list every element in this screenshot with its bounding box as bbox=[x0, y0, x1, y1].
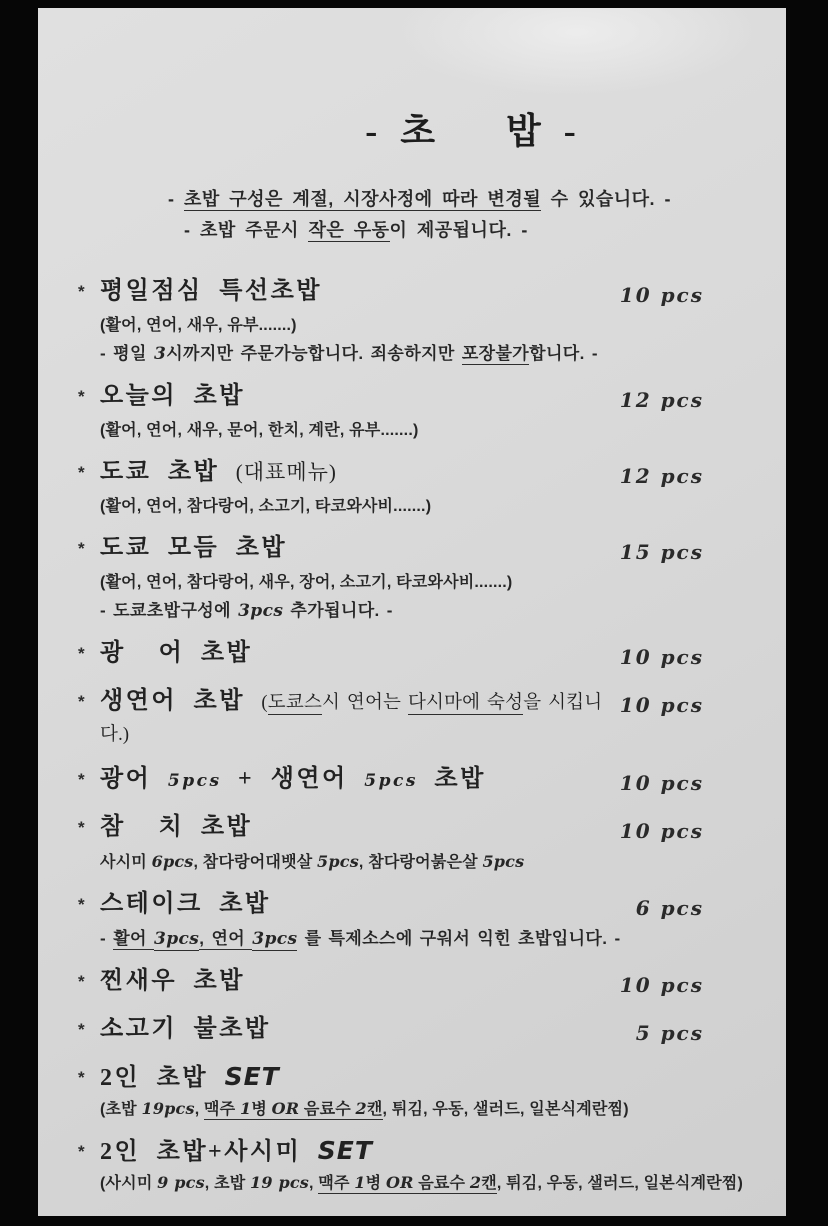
item-name-segment: 도쿄 모듬 초밥 bbox=[100, 535, 287, 561]
item-note: - 도쿄초밥구성에 3pcs 추가됩니다. - bbox=[100, 598, 772, 624]
menu-note: - 초밥 주문시 작은 우동이 제공됩니다. - bbox=[184, 215, 786, 246]
item-bullet: * bbox=[78, 1136, 100, 1167]
item-pcs: 15 pcs bbox=[620, 533, 704, 567]
menu-item-head: *2인 초밥+사시미 SET bbox=[78, 1136, 772, 1167]
detail-text-segment: 시까지만 주문가능합니다. 죄송하지만 bbox=[166, 344, 462, 363]
item-name-segment: 스테이크 초밥 bbox=[100, 891, 271, 917]
item-name-segment: 평일점심 특선초밥 bbox=[100, 278, 322, 304]
item-bullet: * bbox=[78, 812, 100, 843]
item-name: 2인 초밥+사시미 SET bbox=[100, 1136, 373, 1167]
detail-text-segment: , bbox=[309, 1175, 318, 1192]
detail-text-segment: OR bbox=[386, 1173, 414, 1194]
menu-item: *광어 5pcs + 생연어 5pcs 초밥10 pcs bbox=[78, 764, 772, 798]
detail-text-segment: 6pcs bbox=[152, 852, 194, 871]
menu-item: *참 치 초밥10 pcs사시미 6pcs, 참다랑어대뱃살 5pcs, 참다랑… bbox=[78, 812, 772, 875]
detail-text-segment: 1 bbox=[354, 1173, 365, 1194]
menu-item-head: *오늘의 초밥12 pcs bbox=[78, 381, 772, 415]
detail-text-segment: 병 bbox=[366, 1175, 386, 1194]
detail-text-segment: (사시미 bbox=[100, 1175, 157, 1192]
menu-item-head: *소고기 불초밥5 pcs bbox=[78, 1014, 772, 1048]
item-name: 생연어 초밥 (도쿄스시 연어는 다시마에 숙성을 시킵니다.) bbox=[100, 686, 620, 750]
item-pcs: 10 pcs bbox=[620, 686, 704, 720]
menu-item-head: *도쿄 초밥 (대표메뉴)12 pcs bbox=[78, 457, 772, 491]
item-note: - 평일 3시까지만 주문가능합니다. 죄송하지만 포장불가합니다. - bbox=[100, 341, 772, 367]
menu-photo: - 초 밥 - - 초밥 구성은 계절, 시장사정에 따라 변경될 수 있습니다… bbox=[0, 0, 828, 1226]
detail-text-segment: 5pcs bbox=[317, 852, 359, 871]
menu-note: - 초밥 구성은 계절, 시장사정에 따라 변경될 수 있습니다. - bbox=[168, 184, 786, 215]
item-ingredients: (사시미 9 pcs, 초밥 19 pcs, 맥주 1병 OR 음료수 2캔, … bbox=[100, 1170, 772, 1196]
item-name-segment: 5pcs bbox=[168, 771, 222, 791]
menu-paper: - 초 밥 - - 초밥 구성은 계절, 시장사정에 따라 변경될 수 있습니다… bbox=[38, 8, 786, 1216]
detail-text-segment: - 평일 bbox=[100, 344, 154, 363]
detail-text-segment: 포장불가 bbox=[462, 344, 529, 365]
item-pcs: 12 pcs bbox=[620, 381, 704, 415]
note-text-segment: 초밥 구성은 계절, 시장사정에 따라 변경될 bbox=[184, 189, 541, 211]
detail-text-segment: 맥주 bbox=[318, 1175, 354, 1194]
item-details: (사시미 9 pcs, 초밥 19 pcs, 맥주 1병 OR 음료수 2캔, … bbox=[78, 1170, 772, 1196]
item-name-segment: 오늘의 초밥 bbox=[100, 383, 245, 409]
menu-item: *오늘의 초밥12 pcs(활어, 연어, 새우, 문어, 한치, 계란, 유부… bbox=[78, 381, 772, 443]
item-name: 찐새우 초밥 bbox=[100, 966, 245, 996]
item-pcs: 6 pcs bbox=[636, 889, 704, 923]
item-bullet: * bbox=[78, 889, 100, 920]
menu-item-head: *스테이크 초밥6 pcs bbox=[78, 889, 772, 923]
item-details: (활어, 연어, 참다랑어, 소고기, 타코와사비.......) bbox=[78, 494, 772, 519]
detail-text-segment: 사시미 bbox=[100, 854, 152, 871]
item-pcs: 5 pcs bbox=[636, 1014, 704, 1048]
detail-text-segment: 19pcs bbox=[142, 1099, 195, 1118]
detail-text-segment: (활어, 연어, 참다랑어, 새우, 장어, 소고기, 타코와사비.......… bbox=[100, 574, 512, 591]
menu-notes: - 초밥 구성은 계절, 시장사정에 따라 변경될 수 있습니다. -- 초밥 … bbox=[168, 184, 786, 246]
detail-text-segment: 9 pcs bbox=[157, 1173, 205, 1192]
detail-text-segment: , 튀김, 우동, 샐러드, 일본식계란찜) bbox=[383, 1101, 629, 1118]
detail-text-segment: 1 bbox=[240, 1099, 251, 1120]
item-name: 2인 초밥 SET bbox=[100, 1062, 280, 1093]
menu-item: *도쿄 초밥 (대표메뉴)12 pcs(활어, 연어, 참다랑어, 소고기, 타… bbox=[78, 457, 772, 519]
menu-item-head: *광 어 초밥10 pcs bbox=[78, 638, 772, 672]
item-details: (활어, 연어, 새우, 문어, 한치, 계란, 유부.......) bbox=[78, 418, 772, 443]
item-details: (활어, 연어, 참다랑어, 새우, 장어, 소고기, 타코와사비.......… bbox=[78, 570, 772, 624]
detail-text-segment: 음료수 bbox=[299, 1101, 355, 1120]
detail-text-segment: 병 bbox=[251, 1101, 271, 1120]
detail-text-segment: , 튀김, 우동, 샐러드, 일본식계란찜) bbox=[497, 1175, 743, 1192]
item-bullet: * bbox=[78, 457, 100, 488]
item-name: 참 치 초밥 bbox=[100, 812, 252, 842]
detail-text-segment: 합니다. - bbox=[529, 344, 598, 363]
item-ingredients: 사시미 6pcs, 참다랑어대뱃살 5pcs, 참다랑어붉은살 5pcs bbox=[100, 849, 772, 875]
item-name-segment: 다시마에 숙성 bbox=[408, 693, 523, 715]
detail-text-segment: 2 bbox=[470, 1173, 481, 1194]
detail-text-segment: - bbox=[100, 929, 113, 948]
item-pcs: 10 pcs bbox=[620, 966, 704, 1000]
item-name-segment: 2인 초밥 bbox=[100, 1065, 225, 1091]
detail-text-segment: , 초밥 bbox=[205, 1175, 250, 1192]
detail-text-segment: 3pcs bbox=[154, 929, 199, 951]
item-name-segment: 광 어 초밥 bbox=[100, 640, 252, 666]
item-name: 오늘의 초밥 bbox=[100, 381, 245, 411]
detail-text-segment: 3pcs bbox=[252, 929, 297, 951]
detail-text-segment: (활어, 연어, 참다랑어, 소고기, 타코와사비.......) bbox=[100, 498, 431, 515]
note-text-segment: - 초밥 주문시 bbox=[184, 220, 308, 240]
detail-text-segment: , 참다랑어대뱃살 bbox=[194, 854, 318, 871]
item-note: - 활어 3pcs, 연어 3pcs 를 특제소스에 구워서 익힌 초밥입니다.… bbox=[100, 926, 772, 952]
menu-item: *생연어 초밥 (도쿄스시 연어는 다시마에 숙성을 시킵니다.)10 pcs bbox=[78, 686, 772, 750]
item-name: 도쿄 모듬 초밥 bbox=[100, 533, 287, 563]
item-name: 스테이크 초밥 bbox=[100, 889, 271, 919]
item-name-segment: (대표메뉴) bbox=[236, 460, 337, 484]
item-ingredients: (활어, 연어, 참다랑어, 소고기, 타코와사비.......) bbox=[100, 494, 772, 519]
detail-text-segment: 를 특제소스에 구워서 익힌 초밥입니다. - bbox=[297, 929, 620, 948]
item-name-segment: 5pcs bbox=[364, 771, 418, 791]
menu-item-head: *2인 초밥 SET bbox=[78, 1062, 772, 1093]
item-details: (활어, 연어, 새우, 유부.......)- 평일 3시까지만 주문가능합니… bbox=[78, 313, 772, 367]
menu-title: - 초 밥 - bbox=[100, 103, 828, 154]
item-pcs: 10 pcs bbox=[620, 276, 704, 310]
detail-text-segment: (활어, 연어, 새우, 유부.......) bbox=[100, 317, 297, 334]
item-ingredients: (활어, 연어, 새우, 유부.......) bbox=[100, 313, 772, 338]
item-name-segment: 광어 bbox=[100, 766, 168, 792]
menu-item: *찐새우 초밥10 pcs bbox=[78, 966, 772, 1000]
item-pcs: 10 pcs bbox=[620, 812, 704, 846]
detail-text-segment: 캔 bbox=[367, 1101, 383, 1120]
menu-item-head: *평일점심 특선초밥10 pcs bbox=[78, 276, 772, 310]
note-text-segment: - bbox=[168, 189, 184, 209]
item-name-segment: 도쿄 초밥 bbox=[100, 459, 236, 485]
detail-text-segment: , 참다랑어붉은살 bbox=[359, 854, 483, 871]
item-name-segment: SET bbox=[318, 1136, 373, 1165]
item-bullet: * bbox=[78, 1014, 100, 1045]
detail-text-segment: 3pcs bbox=[238, 601, 283, 621]
item-name-segment: 참 치 초밥 bbox=[100, 814, 252, 840]
menu-item: *광 어 초밥10 pcs bbox=[78, 638, 772, 672]
item-name: 소고기 불초밥 bbox=[100, 1014, 271, 1044]
detail-text-segment: (활어, 연어, 새우, 문어, 한치, 계란, 유부.......) bbox=[100, 422, 419, 439]
item-name-segment: 초밥 bbox=[418, 766, 486, 792]
item-name-segment: ( bbox=[261, 693, 267, 713]
item-name-segment: 찐새우 초밥 bbox=[100, 968, 245, 994]
note-text-segment: 작은 우동 bbox=[308, 220, 389, 242]
item-ingredients: (활어, 연어, 참다랑어, 새우, 장어, 소고기, 타코와사비.......… bbox=[100, 570, 772, 595]
menu-item-head: *도쿄 모듬 초밥15 pcs bbox=[78, 533, 772, 567]
item-bullet: * bbox=[78, 686, 100, 717]
detail-text-segment: 2 bbox=[356, 1099, 367, 1120]
detail-text-segment: - 도쿄초밥구성에 bbox=[100, 601, 238, 620]
detail-text-segment: 맥주 bbox=[204, 1101, 240, 1120]
menu-item-head: *광어 5pcs + 생연어 5pcs 초밥10 pcs bbox=[78, 764, 772, 798]
menu-item-head: *생연어 초밥 (도쿄스시 연어는 다시마에 숙성을 시킵니다.)10 pcs bbox=[78, 686, 772, 750]
item-details: (초밥 19pcs, 맥주 1병 OR 음료수 2캔, 튀김, 우동, 샐러드,… bbox=[78, 1096, 772, 1122]
menu-items: *평일점심 특선초밥10 pcs(활어, 연어, 새우, 유부.......)-… bbox=[38, 276, 786, 1196]
item-bullet: * bbox=[78, 966, 100, 997]
detail-text-segment: (초밥 bbox=[100, 1101, 142, 1118]
item-name: 광 어 초밥 bbox=[100, 638, 252, 668]
item-pcs: 10 pcs bbox=[620, 638, 704, 672]
item-name-segment: 소고기 불초밥 bbox=[100, 1016, 271, 1042]
detail-text-segment: 음료수 bbox=[414, 1175, 470, 1194]
item-name: 평일점심 특선초밥 bbox=[100, 276, 322, 306]
item-name-segment: SET bbox=[225, 1062, 280, 1091]
item-ingredients: (초밥 19pcs, 맥주 1병 OR 음료수 2캔, 튀김, 우동, 샐러드,… bbox=[100, 1096, 772, 1122]
item-bullet: * bbox=[78, 764, 100, 795]
menu-item-head: *찐새우 초밥10 pcs bbox=[78, 966, 772, 1000]
detail-text-segment: OR bbox=[272, 1099, 300, 1120]
detail-text-segment: 3 bbox=[154, 344, 166, 364]
item-name: 도쿄 초밥 (대표메뉴) bbox=[100, 457, 337, 487]
item-bullet: * bbox=[78, 638, 100, 669]
item-bullet: * bbox=[78, 533, 100, 564]
item-name-segment: 도쿄스 bbox=[268, 693, 322, 715]
item-name-segment: 시 연어는 bbox=[322, 693, 408, 713]
item-bullet: * bbox=[78, 276, 100, 307]
item-name-segment: 2인 초밥+사시미 bbox=[100, 1139, 318, 1165]
item-name-segment: 생연어 초밥 bbox=[100, 688, 261, 714]
item-details: - 활어 3pcs, 연어 3pcs 를 특제소스에 구워서 익힌 초밥입니다.… bbox=[78, 926, 772, 952]
detail-text-segment: 19 pcs bbox=[250, 1173, 309, 1192]
detail-text-segment: 활어 bbox=[113, 929, 154, 950]
item-name-segment: + 생연어 bbox=[222, 766, 365, 792]
detail-text-segment: 5pcs bbox=[482, 852, 524, 871]
note-text-segment: 이 제공됩니다. - bbox=[390, 220, 528, 240]
item-bullet: * bbox=[78, 1062, 100, 1093]
menu-item-head: *참 치 초밥10 pcs bbox=[78, 812, 772, 846]
item-pcs: 10 pcs bbox=[620, 764, 704, 798]
note-text-segment: 수 있습니다. - bbox=[541, 189, 671, 209]
item-ingredients: (활어, 연어, 새우, 문어, 한치, 계란, 유부.......) bbox=[100, 418, 772, 443]
menu-item: *평일점심 특선초밥10 pcs(활어, 연어, 새우, 유부.......)-… bbox=[78, 276, 772, 367]
item-details: 사시미 6pcs, 참다랑어대뱃살 5pcs, 참다랑어붉은살 5pcs bbox=[78, 849, 772, 875]
detail-text-segment: 추가됩니다. - bbox=[283, 601, 393, 620]
menu-item: *2인 초밥+사시미 SET(사시미 9 pcs, 초밥 19 pcs, 맥주 … bbox=[78, 1136, 772, 1196]
menu-item: *도쿄 모듬 초밥15 pcs(활어, 연어, 참다랑어, 새우, 장어, 소고… bbox=[78, 533, 772, 624]
item-name: 광어 5pcs + 생연어 5pcs 초밥 bbox=[100, 764, 486, 796]
detail-text-segment: 캔 bbox=[481, 1175, 497, 1194]
menu-item: *소고기 불초밥5 pcs bbox=[78, 1014, 772, 1048]
detail-text-segment: , 연어 bbox=[199, 929, 252, 950]
menu-item: *2인 초밥 SET(초밥 19pcs, 맥주 1병 OR 음료수 2캔, 튀김… bbox=[78, 1062, 772, 1122]
menu-item: *스테이크 초밥6 pcs- 활어 3pcs, 연어 3pcs 를 특제소스에 … bbox=[78, 889, 772, 952]
detail-text-segment: , bbox=[195, 1101, 204, 1118]
item-bullet: * bbox=[78, 381, 100, 412]
item-pcs: 12 pcs bbox=[620, 457, 704, 491]
